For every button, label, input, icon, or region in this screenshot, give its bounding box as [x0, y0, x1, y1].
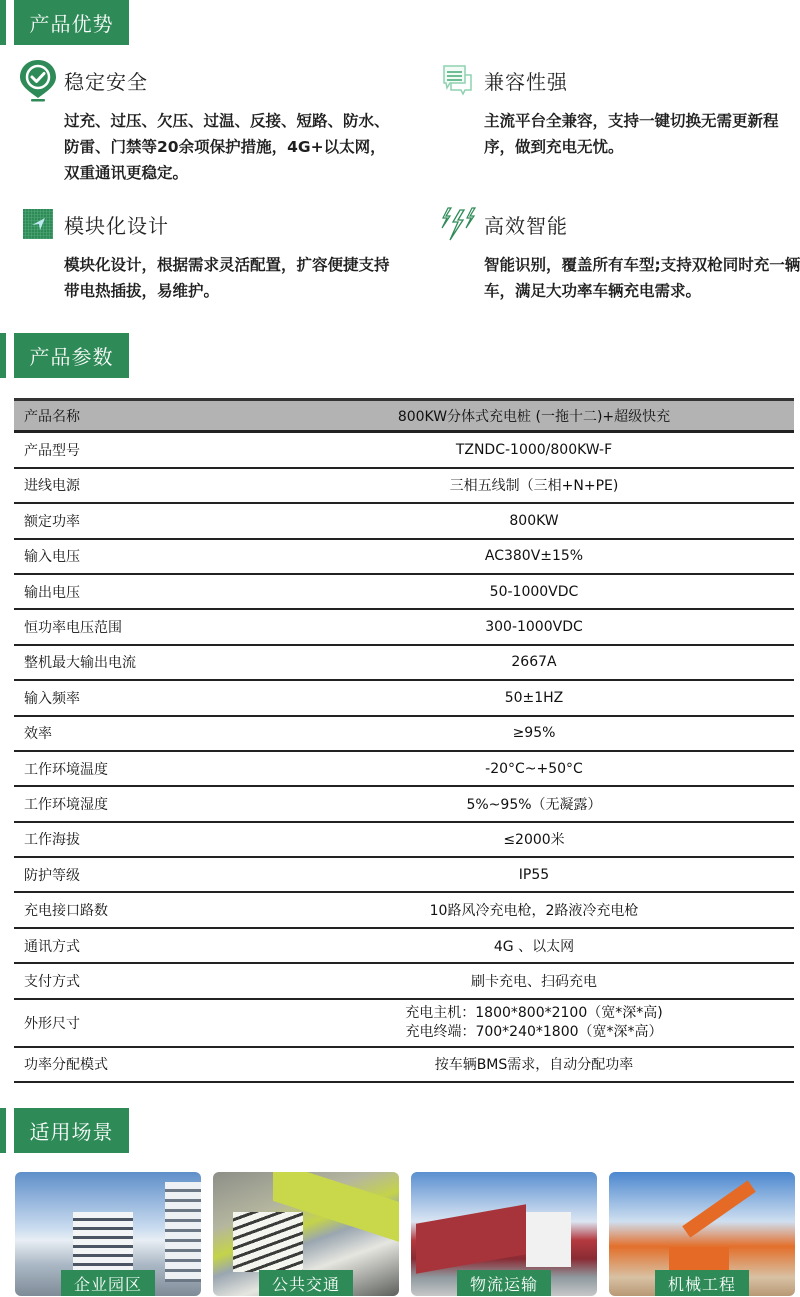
spec-value: 4G 、以太网 — [274, 936, 794, 956]
table-row: 效率 ≥95% — [14, 717, 794, 752]
lightning-icon — [436, 202, 480, 246]
section-header-scenes: 适用场景 — [0, 1108, 129, 1153]
feature-compatibility: 兼容性强 主流平台全兼容，支持一键切换无需更新程序，做到充电无忧。 — [436, 62, 800, 160]
table-row: 恒功率电压范围 300-1000VDC — [14, 610, 794, 645]
table-row: 输入频率 50±1HZ — [14, 681, 794, 716]
module-grid-icon — [16, 202, 60, 246]
spec-key: 恒功率电压范围 — [14, 617, 274, 637]
spec-value: IP55 — [274, 867, 794, 883]
spec-value: 三相五线制（三相+N+PE) — [274, 475, 794, 495]
spec-value: ≥95% — [274, 725, 794, 741]
table-row: 输出电压 50-1000VDC — [14, 575, 794, 610]
feature-description: 主流平台全兼容，支持一键切换无需更新程序，做到充电无忧。 — [484, 108, 800, 160]
feature-stable-safe: 稳定安全 过充、过压、欠压、过温、反接、短路、防水、防雷、门禁等20余项保护措施… — [16, 62, 394, 186]
section-title: 适用场景 — [14, 1108, 129, 1153]
spec-value: 50-1000VDC — [274, 584, 794, 600]
spec-value-line-1: 充电主机：1800*800*2100（宽*深*高) — [274, 1004, 794, 1023]
table-row: 工作环境温度 -20°C~+50°C — [14, 752, 794, 787]
bus-depot-photo — [233, 1212, 303, 1272]
excavator-photo — [682, 1180, 756, 1237]
spec-value: 800KW — [274, 513, 794, 529]
table-row: 支付方式 刷卡充电、扫码充电 — [14, 964, 794, 999]
truck-photo — [416, 1204, 526, 1273]
section-accent-bar — [0, 333, 6, 378]
spec-key: 效率 — [14, 723, 274, 743]
spec-key: 整机最大输出电流 — [14, 652, 274, 672]
table-row: 输入电压 AC380V±15% — [14, 540, 794, 575]
feature-title: 稳定安全 — [64, 66, 148, 95]
table-row: 功率分配模式 按车辆BMS需求，自动分配功率 — [14, 1048, 794, 1083]
spec-key: 产品名称 — [14, 406, 274, 426]
shield-check-icon — [16, 58, 60, 102]
spec-value: ≤2000米 — [274, 829, 794, 849]
table-row: 工作环境湿度 5%~95%（无凝露） — [14, 787, 794, 822]
spec-value: 300-1000VDC — [274, 619, 794, 635]
spec-key: 工作环境温度 — [14, 759, 274, 779]
table-row: 整机最大输出电流 2667A — [14, 646, 794, 681]
spec-key: 输出电压 — [14, 582, 274, 602]
table-row: 通讯方式 4G 、以太网 — [14, 929, 794, 964]
spec-key: 额定功率 — [14, 511, 274, 531]
table-row: 额定功率 800KW — [14, 504, 794, 539]
spec-value: 5%~95%（无凝露） — [274, 794, 794, 814]
scene-card-bus-depot: 公共交通 — [213, 1172, 399, 1296]
table-row: 产品名称 800KW分体式充电桩 (一拖十二)+超级快充 — [14, 398, 794, 433]
scene-caption: 公共交通 — [259, 1270, 353, 1296]
spec-key: 防护等级 — [14, 865, 274, 885]
section-header-advantages: 产品优势 — [0, 0, 129, 45]
spec-key: 外形尺寸 — [14, 1013, 274, 1033]
spec-key: 支付方式 — [14, 971, 274, 991]
section-title: 产品优势 — [14, 0, 129, 45]
spec-value: 800KW分体式充电桩 (一拖十二)+超级快充 — [274, 406, 794, 426]
scene-card-office-park: 企业园区 — [15, 1172, 201, 1296]
scene-caption: 物流运输 — [457, 1270, 551, 1296]
section-title: 产品参数 — [14, 333, 129, 378]
spec-value: -20°C~+50°C — [274, 761, 794, 777]
spec-key: 输入电压 — [14, 546, 274, 566]
spec-key: 进线电源 — [14, 475, 274, 495]
table-row: 产品型号 TZNDC-1000/800KW-F — [14, 433, 794, 468]
spec-key: 工作环境湿度 — [14, 794, 274, 814]
section-header-params: 产品参数 — [0, 333, 129, 378]
spec-value: 刷卡充电、扫码充电 — [274, 971, 794, 991]
spec-value: AC380V±15% — [274, 548, 794, 564]
spec-table: 产品名称 800KW分体式充电桩 (一拖十二)+超级快充 产品型号 TZNDC-… — [14, 398, 794, 1083]
spec-value: 2667A — [274, 654, 794, 670]
spec-key: 工作海拔 — [14, 829, 274, 849]
spec-value-line-2: 充电终端：700*240*1800（宽*深*高） — [274, 1023, 794, 1042]
spec-key: 输入频率 — [14, 688, 274, 708]
scene-gallery: 企业园区 公共交通 物流运输 机械工程 — [15, 1172, 795, 1296]
building-wing — [165, 1182, 201, 1282]
table-row: 充电接口路数 10路风冷充电枪，2路液冷充电枪 — [14, 893, 794, 928]
spec-value: TZNDC-1000/800KW-F — [274, 442, 794, 458]
feature-title: 高效智能 — [484, 210, 568, 239]
spec-value: 按车辆BMS需求，自动分配功率 — [274, 1054, 794, 1074]
spec-value: 充电主机：1800*800*2100（宽*深*高) 充电终端：700*240*1… — [274, 1004, 794, 1042]
truck-cab — [526, 1212, 571, 1267]
table-row: 进线电源 三相五线制（三相+N+PE) — [14, 469, 794, 504]
feature-title: 兼容性强 — [484, 66, 568, 95]
table-row: 工作海拔 ≤2000米 — [14, 823, 794, 858]
spec-key: 功率分配模式 — [14, 1054, 274, 1074]
scene-card-logistics: 物流运输 — [411, 1172, 597, 1296]
table-row: 防护等级 IP55 — [14, 858, 794, 893]
spec-key: 产品型号 — [14, 440, 274, 460]
spec-key: 通讯方式 — [14, 936, 274, 956]
feature-description: 过充、过压、欠压、过温、反接、短路、防水、防雷、门禁等20余项保护措施，4G+以… — [64, 108, 394, 186]
section-accent-bar — [0, 1108, 6, 1153]
spec-value: 50±1HZ — [274, 690, 794, 706]
spec-key: 充电接口路数 — [14, 900, 274, 920]
feature-title: 模块化设计 — [64, 210, 169, 239]
scene-caption: 企业园区 — [61, 1270, 155, 1296]
spec-value: 10路风冷充电枪，2路液冷充电枪 — [274, 900, 794, 920]
feature-description: 智能识别，覆盖所有车型;支持双枪同时充一辆车，满足大功率车辆充电需求。 — [484, 252, 800, 304]
scene-card-machinery: 机械工程 — [609, 1172, 795, 1296]
chat-bubbles-icon — [436, 58, 480, 102]
feature-description: 模块化设计，根据需求灵活配置，扩容便捷支持带电热插拔，易维护。 — [64, 252, 394, 304]
feature-efficient-smart: 高效智能 智能识别，覆盖所有车型;支持双枪同时充一辆车，满足大功率车辆充电需求。 — [436, 206, 800, 304]
section-accent-bar — [0, 0, 6, 45]
scene-caption: 机械工程 — [655, 1270, 749, 1296]
feature-modular-design: 模块化设计 模块化设计，根据需求灵活配置，扩容便捷支持带电热插拔，易维护。 — [16, 206, 394, 304]
table-row: 外形尺寸 充电主机：1800*800*2100（宽*深*高) 充电终端：700*… — [14, 1000, 794, 1048]
